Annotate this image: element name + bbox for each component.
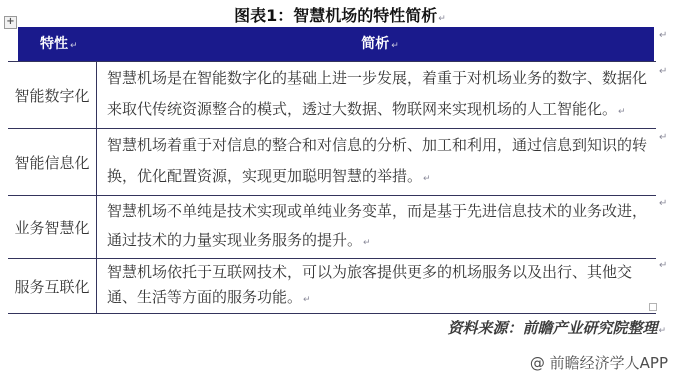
analysis-line: 智慧机场着重于对信息的整合和对信息的分析、加工和利用，通过信息到知识的转 bbox=[107, 130, 652, 161]
table-row: 智能数字化 智慧机场是在智能数字化的基础上进一步发展，着重于对机场业务的数字、数… bbox=[8, 62, 656, 129]
paragraph-mark-icon: ↵ bbox=[70, 41, 78, 51]
feature-cell: 业务智慧化 bbox=[8, 196, 96, 258]
analysis-line-text: 通、生活等方面的服务功能。 bbox=[107, 288, 302, 306]
analysis-line-text: 通过技术的力量实现业务服务的提升。 bbox=[107, 231, 362, 249]
analysis-line: 智慧机场不单纯是技术实现或单纯业务变革，而是基于先进信息技术的业务改进， bbox=[107, 197, 652, 226]
table-resize-handle[interactable] bbox=[649, 303, 657, 311]
paragraph-mark-icon: ↵ bbox=[659, 132, 667, 143]
table-row: 智能信息化 智慧机场着重于对信息的整合和对信息的分析、加工和利用，通过信息到知识… bbox=[8, 129, 656, 196]
chart-title: 图表1：智慧机场的特性简析↵ bbox=[0, 3, 680, 26]
feature-cell: 智能信息化 bbox=[8, 129, 96, 195]
analysis-line-text: 换，优化配置资源，实现更加聪明智慧的举措。 bbox=[107, 167, 422, 185]
paragraph-mark-icon: ↵ bbox=[423, 174, 431, 184]
chart-title-text: 图表1：智慧机场的特性简析 bbox=[234, 6, 437, 25]
feature-cell: 智能数字化 bbox=[8, 62, 96, 128]
paragraph-mark-icon: ↵ bbox=[391, 41, 399, 51]
paragraph-mark-icon: ↵ bbox=[363, 238, 371, 248]
analysis-line: 智慧机场是在智能数字化的基础上进一步发展，着重于对机场业务的数字、数据化 bbox=[107, 63, 652, 94]
analysis-line: 通过技术的力量实现业务服务的提升。↵ bbox=[107, 226, 652, 258]
analysis-cell: 智慧机场是在智能数字化的基础上进一步发展，着重于对机场业务的数字、数据化 来取代… bbox=[96, 62, 656, 128]
analysis-line: 来取代传统资源整合的模式，透过大数据、物联网来实现机场的人工智能化。↵ bbox=[107, 94, 652, 128]
paragraph-mark-icon: ↵ bbox=[438, 14, 446, 24]
feature-table: 特性↵ 简析↵ 智能数字化 智慧机场是在智能数字化的基础上进一步发展，着重于对机… bbox=[8, 27, 656, 314]
analysis-line: 通、生活等方面的服务功能。↵ bbox=[107, 285, 652, 313]
paragraph-mark-icon: ↵ bbox=[618, 107, 626, 117]
source-note: 资料来源：前瞻产业研究院整理↵ bbox=[447, 317, 666, 338]
header-analysis: 简析↵ bbox=[106, 27, 654, 63]
header-feature: 特性↵ bbox=[40, 27, 78, 63]
analysis-line-text: 来取代传统资源整合的模式，透过大数据、物联网来实现机场的人工智能化。 bbox=[107, 100, 617, 118]
header-feature-label: 特性 bbox=[40, 36, 68, 52]
paragraph-mark-icon: ↵ bbox=[658, 326, 666, 336]
paragraph-mark-icon: ↵ bbox=[659, 66, 667, 77]
analysis-cell: 智慧机场依托于互联网技术，可以为旅客提供更多的机场服务以及出行、其他交 通、生活… bbox=[96, 259, 656, 313]
app-watermark: @ 前瞻经济学人APP bbox=[530, 352, 668, 373]
table-header-row: 特性↵ 简析↵ bbox=[18, 27, 654, 61]
analysis-cell: 智慧机场着重于对信息的整合和对信息的分析、加工和利用，通过信息到知识的转 换，优… bbox=[96, 129, 656, 195]
analysis-line: 智慧机场依托于互联网技术，可以为旅客提供更多的机场服务以及出行、其他交 bbox=[107, 260, 652, 285]
paragraph-mark-icon: ↵ bbox=[659, 198, 667, 209]
paragraph-mark-icon: ↵ bbox=[659, 260, 667, 271]
header-analysis-label: 简析 bbox=[361, 36, 389, 52]
table-row: 业务智慧化 智慧机场不单纯是技术实现或单纯业务变革，而是基于先进信息技术的业务改… bbox=[8, 196, 656, 259]
table-body: 智能数字化 智慧机场是在智能数字化的基础上进一步发展，着重于对机场业务的数字、数… bbox=[8, 61, 656, 314]
feature-cell: 服务互联化 bbox=[8, 259, 96, 313]
table-row: 服务互联化 智慧机场依托于互联网技术，可以为旅客提供更多的机场服务以及出行、其他… bbox=[8, 259, 656, 314]
analysis-cell: 智慧机场不单纯是技术实现或单纯业务变革，而是基于先进信息技术的业务改进， 通过技… bbox=[96, 196, 656, 258]
paragraph-mark-icon: ↵ bbox=[303, 295, 311, 305]
source-note-text: 资料来源：前瞻产业研究院整理 bbox=[447, 319, 657, 337]
analysis-line: 换，优化配置资源，实现更加聪明智慧的举措。↵ bbox=[107, 161, 652, 195]
paragraph-mark-icon: ↵ bbox=[659, 30, 667, 41]
